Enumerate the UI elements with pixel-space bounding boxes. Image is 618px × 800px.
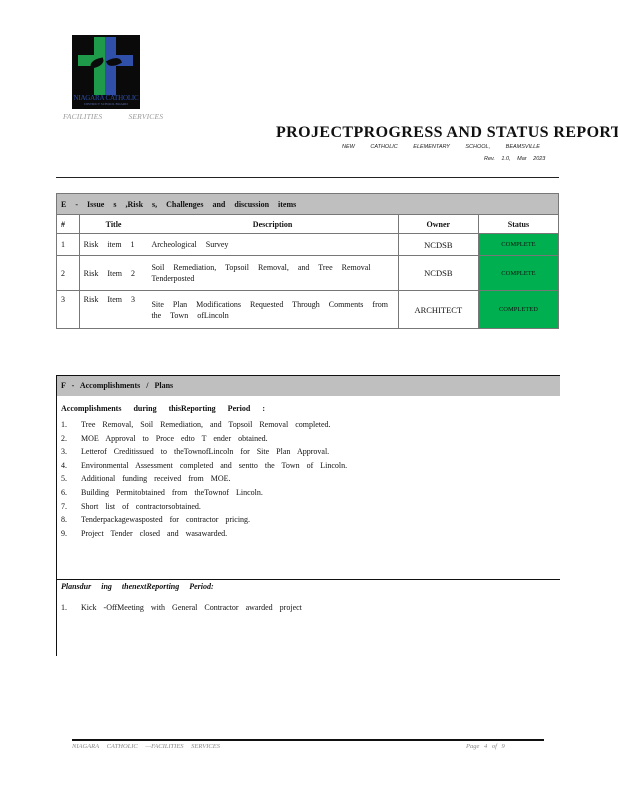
section-e-heading-text: E - Issue s ,Risk s, Challenges and disc… bbox=[61, 200, 296, 209]
item-text: Short list of contractorsobtained. bbox=[81, 502, 201, 511]
row-number: 1 bbox=[57, 234, 80, 256]
status-badge: COMPLETE bbox=[478, 256, 558, 291]
list-item: 6.Building Permitobtained from theTownof… bbox=[61, 486, 347, 500]
item-number: 8. bbox=[61, 513, 81, 527]
revision-label: Rev. 1.0, Mar 2023 bbox=[484, 156, 545, 162]
list-item: 1.Tree Removal, Soil Remediation, and To… bbox=[61, 418, 347, 432]
page-number: Page 4 of 9 bbox=[466, 743, 505, 750]
report-title: PROJECTPROGRESS AND STATUS REPORT bbox=[276, 124, 618, 142]
table-row: 1 Risk item 1 Archeological Survey NCDSB… bbox=[57, 234, 559, 256]
niagara-catholic-logo: NIAGARA CATHOLIC DISTRICT SCHOOL BOARD bbox=[72, 35, 140, 109]
row-title: Risk item 1 bbox=[79, 234, 147, 256]
list-item: 3.Letterof Creditissued to theTownofLinc… bbox=[61, 445, 347, 459]
col-title: Title bbox=[79, 215, 147, 234]
item-number: 6. bbox=[61, 486, 81, 500]
status-badge: COMPLETE bbox=[478, 234, 558, 256]
plans-heading: Plansdur ing thenextReporting Period: bbox=[61, 582, 214, 591]
col-status: Status bbox=[478, 215, 558, 234]
item-number: 2. bbox=[61, 432, 81, 446]
row-description: Site Plan Modifications Requested Throug… bbox=[147, 291, 398, 329]
row-description: Archeological Survey bbox=[147, 234, 398, 256]
list-item: 4.Environmental Assessment completed and… bbox=[61, 459, 347, 473]
item-text: MOE Approval to Proce edto T ender obtai… bbox=[81, 434, 268, 443]
item-number: 1. bbox=[61, 601, 81, 615]
row-owner: NCDSB bbox=[398, 256, 478, 291]
col-num: # bbox=[57, 215, 80, 234]
list-item: 8.Tenderpackagewasposted for contractor … bbox=[61, 513, 347, 527]
list-item: 5.Additional funding received from MOE. bbox=[61, 472, 347, 486]
list-item: 7.Short list of contractorsobtained. bbox=[61, 500, 347, 514]
logo-subtext: DISTRICT SCHOOL BOARD bbox=[72, 102, 140, 106]
table-row: 3 Risk Item 3 Site Plan Modifications Re… bbox=[57, 291, 559, 329]
item-text: Tenderpackagewasposted for contractor pr… bbox=[81, 515, 250, 524]
section-f-heading: F - Accomplishments / Plans bbox=[57, 376, 560, 396]
list-item: 2.MOE Approval to Proce edto T ender obt… bbox=[61, 432, 347, 446]
row-number: 3 bbox=[57, 291, 80, 329]
item-text: Additional funding received from MOE. bbox=[81, 474, 231, 483]
header-divider bbox=[56, 177, 559, 178]
col-owner: Owner bbox=[398, 215, 478, 234]
item-number: 9. bbox=[61, 527, 81, 541]
section-divider bbox=[57, 579, 560, 580]
row-title: Risk Item 3 bbox=[79, 291, 147, 329]
row-number: 2 bbox=[57, 256, 80, 291]
item-text: Project Tender closed and wasawarded. bbox=[81, 529, 227, 538]
logo-name: NIAGARA CATHOLIC bbox=[72, 95, 140, 102]
plans-list: 1.Kick -OffMeeting with General Contract… bbox=[61, 601, 302, 615]
row-owner: ARCHITECT bbox=[398, 291, 478, 329]
list-item: 1.Kick -OffMeeting with General Contract… bbox=[61, 601, 302, 615]
item-text: Environmental Assessment completed and s… bbox=[81, 461, 347, 470]
item-text: Letterof Creditissued to theTownofLincol… bbox=[81, 447, 329, 456]
status-badge: COMPLETED bbox=[478, 291, 558, 329]
row-description: Soil Remediation, Topsoil Removal, and T… bbox=[147, 256, 398, 291]
section-e-heading: E - Issue s ,Risk s, Challenges and disc… bbox=[57, 194, 559, 215]
item-text: Building Permitobtained from theTownof L… bbox=[81, 488, 263, 497]
table-row: 2 Risk Item 2 Soil Remediation, Topsoil … bbox=[57, 256, 559, 291]
item-number: 3. bbox=[61, 445, 81, 459]
department-label: FACILITIES SERVICES bbox=[63, 112, 163, 121]
project-name: NEW CATHOLIC ELEMENTARY SCHOOL, BEAMSVIL… bbox=[342, 144, 540, 150]
issues-risks-table: E - Issue s ,Risk s, Challenges and disc… bbox=[56, 193, 559, 329]
list-item: 9.Project Tender closed and wasawarded. bbox=[61, 527, 347, 541]
accomplishments-heading: Accomplishments during thisReporting Per… bbox=[61, 404, 265, 413]
col-description: Description bbox=[147, 215, 398, 234]
item-text: Kick -OffMeeting with General Contractor… bbox=[81, 603, 302, 612]
item-number: 7. bbox=[61, 500, 81, 514]
accomplishments-plans-section: F - Accomplishments / Plans Accomplishme… bbox=[56, 375, 560, 656]
footer-divider bbox=[72, 739, 544, 741]
footer-org: NIAGARA CATHOLIC —FACILITIES SERVICES bbox=[72, 743, 220, 750]
item-text: Tree Removal, Soil Remediation, and Tops… bbox=[81, 420, 331, 429]
accomplishments-list: 1.Tree Removal, Soil Remediation, and To… bbox=[61, 418, 347, 540]
row-title: Risk Item 2 bbox=[79, 256, 147, 291]
row-owner: NCDSB bbox=[398, 234, 478, 256]
item-number: 5. bbox=[61, 472, 81, 486]
item-number: 1. bbox=[61, 418, 81, 432]
item-number: 4. bbox=[61, 459, 81, 473]
